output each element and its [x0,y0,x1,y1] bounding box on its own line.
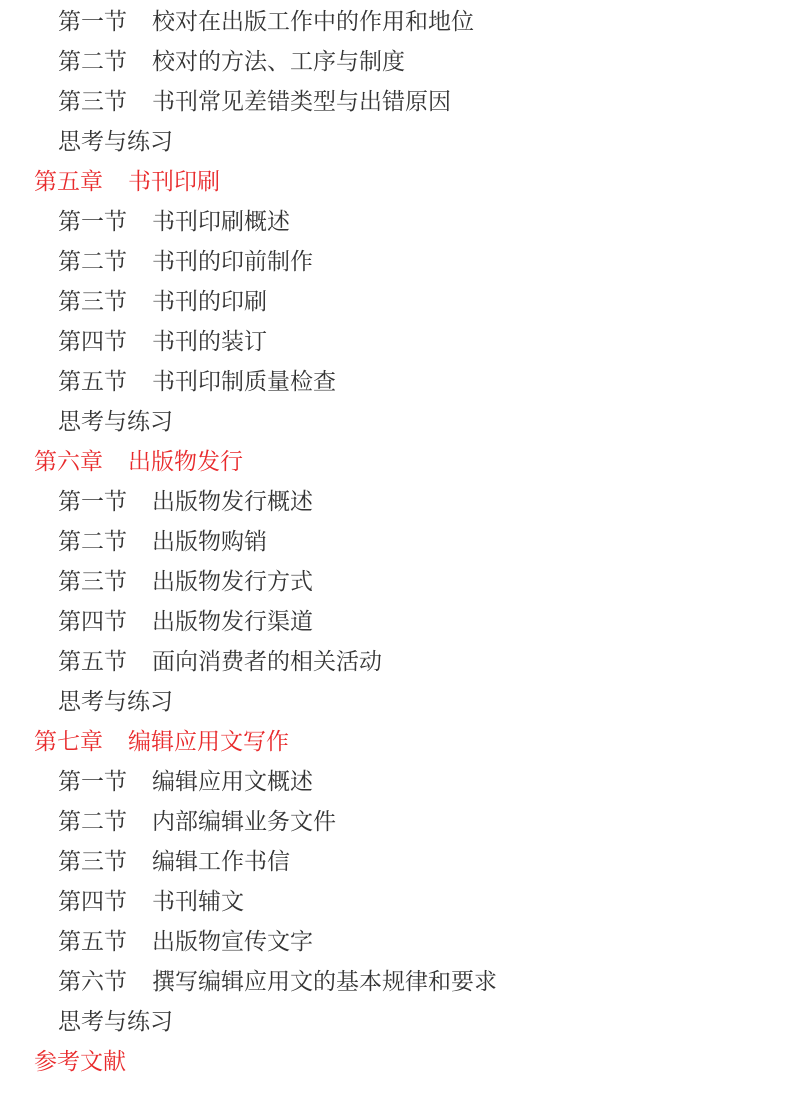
toc-section-entry[interactable]: 第一节校对在出版工作中的作用和地位 [0,2,790,42]
section-title: 校对的方法、工序与制度 [152,49,405,75]
section-number: 第三节 [58,842,127,882]
toc-section-entry[interactable]: 第四节书刊的装订 [0,322,790,362]
section-title: 书刊印制质量检查 [152,369,336,395]
section-number: 第三节 [58,562,127,602]
toc-section-entry[interactable]: 第一节出版物发行概述 [0,482,790,522]
section-number: 第五节 [58,642,127,682]
chapter-number: 第七章 [34,722,103,762]
section-number: 第二节 [58,42,127,82]
toc-section-entry[interactable]: 第一节编辑应用文概述 [0,762,790,802]
section-title: 书刊的装订 [152,329,267,355]
toc-chapter-entry[interactable]: 第六章出版物发行 [0,442,790,482]
section-number: 第二节 [58,802,127,842]
section-number: 第五节 [58,922,127,962]
section-title: 编辑应用文概述 [152,769,313,795]
toc-section-entry[interactable]: 第三节书刊常见差错类型与出错原因 [0,82,790,122]
toc-chapter-entry[interactable]: 参考文献 [0,1042,790,1082]
toc-section-entry[interactable]: 思考与练习 [0,682,790,722]
section-title: 出版物发行方式 [152,569,313,595]
section-number: 第二节 [58,242,127,282]
section-title: 出版物发行概述 [152,489,313,515]
toc-section-entry[interactable]: 第二节内部编辑业务文件 [0,802,790,842]
section-number: 第四节 [58,322,127,362]
section-number: 第一节 [58,202,127,242]
toc-section-entry[interactable]: 第五节面向消费者的相关活动 [0,642,790,682]
section-title: 出版物购销 [152,529,267,555]
section-title: 内部编辑业务文件 [152,809,336,835]
section-number: 第二节 [58,522,127,562]
section-number: 第四节 [58,882,127,922]
table-of-contents: 第一节校对在出版工作中的作用和地位第二节校对的方法、工序与制度第三节书刊常见差错… [0,2,790,1082]
section-number: 第三节 [58,282,127,322]
toc-section-entry[interactable]: 第四节书刊辅文 [0,882,790,922]
section-title: 思考与练习 [58,1009,173,1035]
toc-chapter-entry[interactable]: 第七章编辑应用文写作 [0,722,790,762]
chapter-title: 书刊印刷 [128,169,220,195]
section-title: 书刊的印前制作 [152,249,313,275]
section-title: 撰写编辑应用文的基本规律和要求 [152,969,497,995]
toc-section-entry[interactable]: 第三节出版物发行方式 [0,562,790,602]
section-title: 书刊的印刷 [152,289,267,315]
section-number: 第一节 [58,2,127,42]
section-title: 书刊常见差错类型与出错原因 [152,89,451,115]
chapter-title: 编辑应用文写作 [128,729,289,755]
toc-section-entry[interactable]: 第二节出版物购销 [0,522,790,562]
section-title: 书刊辅文 [152,889,244,915]
toc-section-entry[interactable]: 第二节校对的方法、工序与制度 [0,42,790,82]
section-number: 第一节 [58,482,127,522]
toc-section-entry[interactable]: 思考与练习 [0,122,790,162]
section-number: 第三节 [58,82,127,122]
toc-section-entry[interactable]: 第四节出版物发行渠道 [0,602,790,642]
section-title: 思考与练习 [58,129,173,155]
section-title: 出版物宣传文字 [152,929,313,955]
section-number: 第一节 [58,762,127,802]
toc-section-entry[interactable]: 第三节编辑工作书信 [0,842,790,882]
toc-section-entry[interactable]: 第五节出版物宣传文字 [0,922,790,962]
toc-section-entry[interactable]: 第五节书刊印制质量检查 [0,362,790,402]
section-title: 校对在出版工作中的作用和地位 [152,9,474,35]
section-title: 思考与练习 [58,689,173,715]
chapter-title: 出版物发行 [128,449,243,475]
section-number: 第五节 [58,362,127,402]
toc-section-entry[interactable]: 第三节书刊的印刷 [0,282,790,322]
section-title: 编辑工作书信 [152,849,290,875]
chapter-number: 第六章 [34,442,103,482]
section-title: 面向消费者的相关活动 [152,649,382,675]
toc-section-entry[interactable]: 思考与练习 [0,1002,790,1042]
section-number: 第四节 [58,602,127,642]
toc-section-entry[interactable]: 思考与练习 [0,402,790,442]
section-title: 出版物发行渠道 [152,609,313,635]
toc-section-entry[interactable]: 第二节书刊的印前制作 [0,242,790,282]
chapter-title: 参考文献 [34,1049,126,1075]
section-title: 书刊印刷概述 [152,209,290,235]
toc-section-entry[interactable]: 第六节撰写编辑应用文的基本规律和要求 [0,962,790,1002]
section-number: 第六节 [58,962,127,1002]
toc-section-entry[interactable]: 第一节书刊印刷概述 [0,202,790,242]
toc-chapter-entry[interactable]: 第五章书刊印刷 [0,162,790,202]
chapter-number: 第五章 [34,162,103,202]
section-title: 思考与练习 [58,409,173,435]
